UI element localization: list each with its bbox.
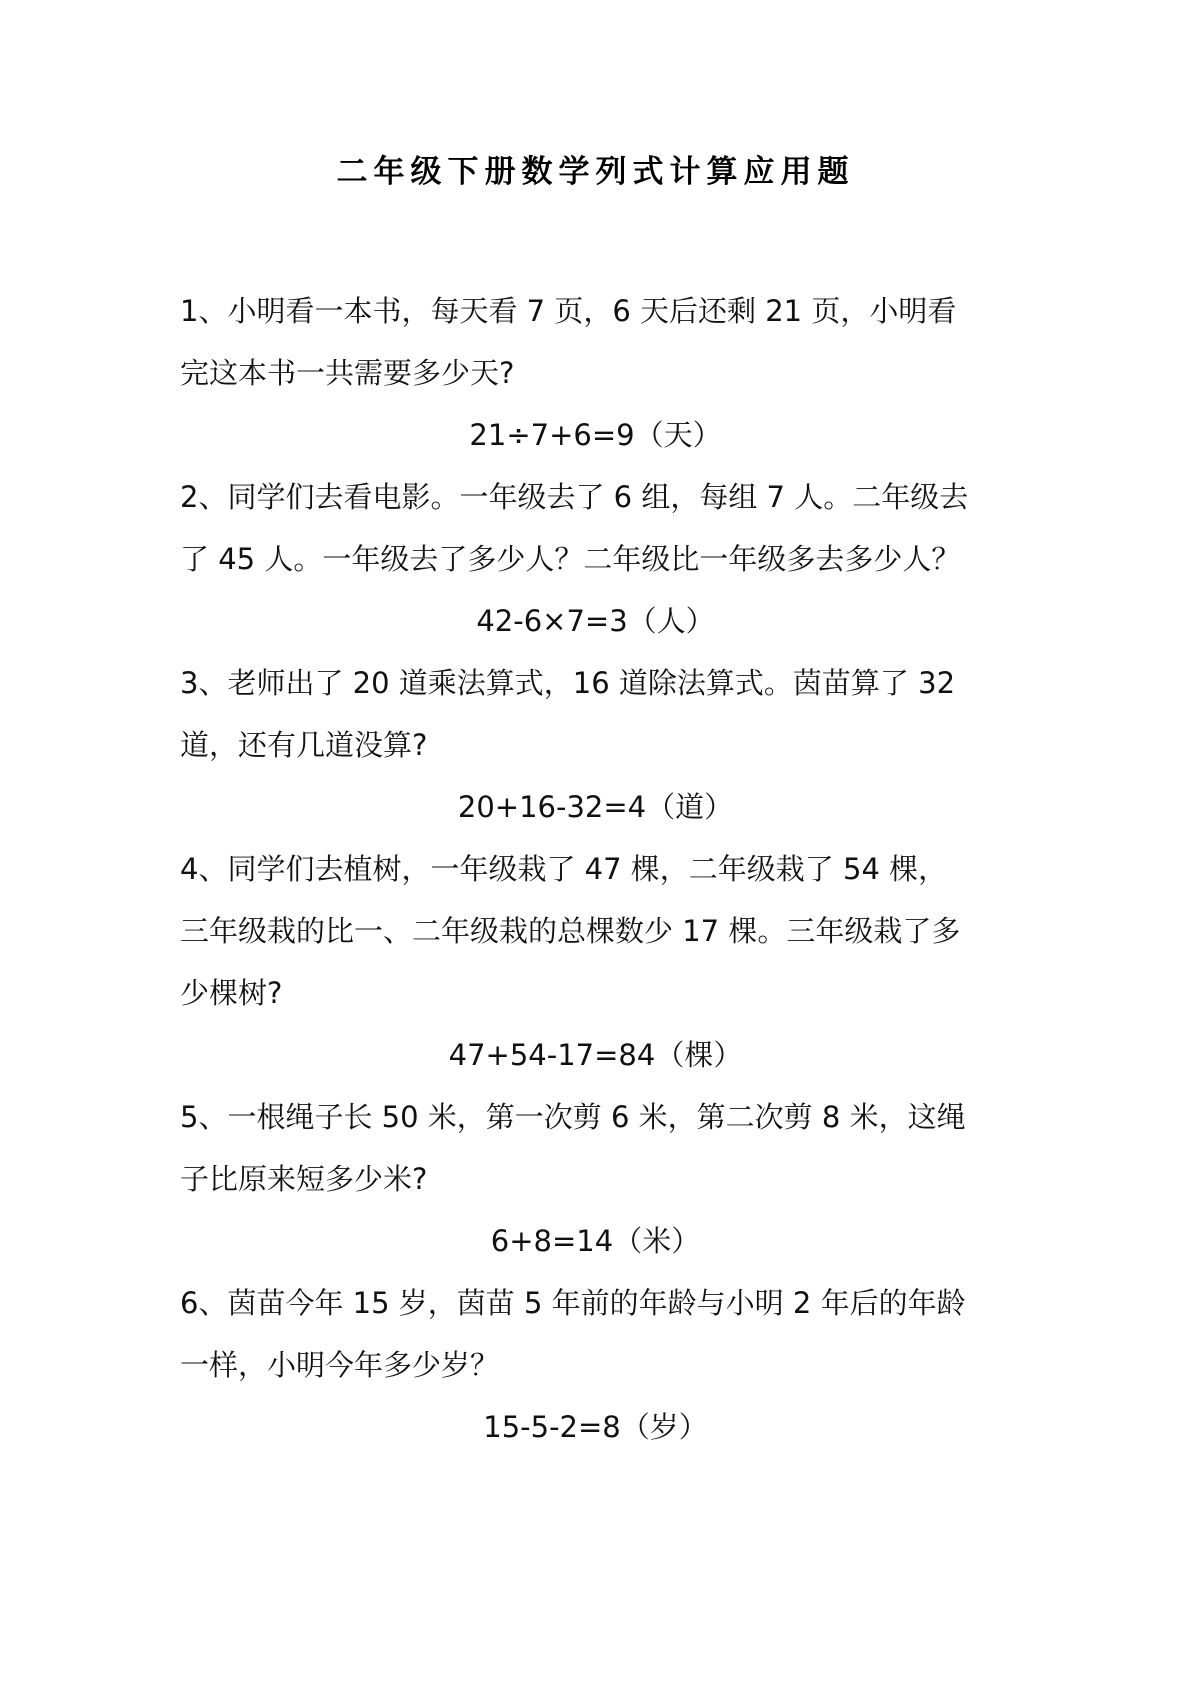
problem-text-line: 5、一根绳子长 50 米，第一次剪 6 米，第二次剪 8 米，这绳 [180, 1086, 1020, 1148]
problem-answer: 20+16-32=4（道） [0, 776, 1191, 838]
problem-answer: 47+54-17=84（棵） [0, 1024, 1191, 1086]
problem-list: 1、小明看一本书，每天看 7 页，6 天后还剩 21 页，小明看 完这本书一共需… [180, 280, 1020, 1458]
problem-5: 5、一根绳子长 50 米，第一次剪 6 米，第二次剪 8 米，这绳 子比原来短多… [180, 1086, 1020, 1272]
problem-text-line: 子比原来短多少米? [180, 1148, 1020, 1210]
page-title: 二年级下册数学列式计算应用题 [0, 152, 1191, 192]
problem-answer: 6+8=14（米） [0, 1210, 1191, 1272]
problem-text-line: 3、老师出了 20 道乘法算式，16 道除法算式。茵苗算了 32 [180, 652, 1020, 714]
problem-4: 4、同学们去植树，一年级栽了 47 棵，二年级栽了 54 棵， 三年级栽的比一、… [180, 838, 1020, 1086]
problem-text-line: 了 45 人。一年级去了多少人？二年级比一年级多去多少人？ [180, 528, 1020, 590]
problem-text-line: 三年级栽的比一、二年级栽的总棵数少 17 棵。三年级栽了多 [180, 900, 1020, 962]
problem-text-line: 2、同学们去看电影。一年级去了 6 组，每组 7 人。二年级去 [180, 466, 1020, 528]
problem-3: 3、老师出了 20 道乘法算式，16 道除法算式。茵苗算了 32 道，还有几道没… [180, 652, 1020, 838]
problem-text-line: 完这本书一共需要多少天? [180, 342, 1020, 404]
problem-text-line: 少棵树? [180, 962, 1020, 1024]
problem-text-line: 6、茵苗今年 15 岁，茵苗 5 年前的年龄与小明 2 年后的年龄 [180, 1272, 1020, 1334]
problem-text-line: 1、小明看一本书，每天看 7 页，6 天后还剩 21 页，小明看 [180, 280, 1020, 342]
problem-1: 1、小明看一本书，每天看 7 页，6 天后还剩 21 页，小明看 完这本书一共需… [180, 280, 1020, 466]
document-page: 二年级下册数学列式计算应用题 1、小明看一本书，每天看 7 页，6 天后还剩 2… [0, 0, 1191, 1684]
problem-2: 2、同学们去看电影。一年级去了 6 组，每组 7 人。二年级去 了 45 人。一… [180, 466, 1020, 652]
problem-answer: 15-5-2=8（岁） [0, 1396, 1191, 1458]
problem-text-line: 4、同学们去植树，一年级栽了 47 棵，二年级栽了 54 棵， [180, 838, 1020, 900]
problem-text-line: 道，还有几道没算? [180, 714, 1020, 776]
problem-answer: 21÷7+6=9（天） [0, 404, 1191, 466]
problem-answer: 42-6×7=3（人） [0, 590, 1191, 652]
problem-6: 6、茵苗今年 15 岁，茵苗 5 年前的年龄与小明 2 年后的年龄 一样，小明今… [180, 1272, 1020, 1458]
problem-text-line: 一样，小明今年多少岁？ [180, 1334, 1020, 1396]
